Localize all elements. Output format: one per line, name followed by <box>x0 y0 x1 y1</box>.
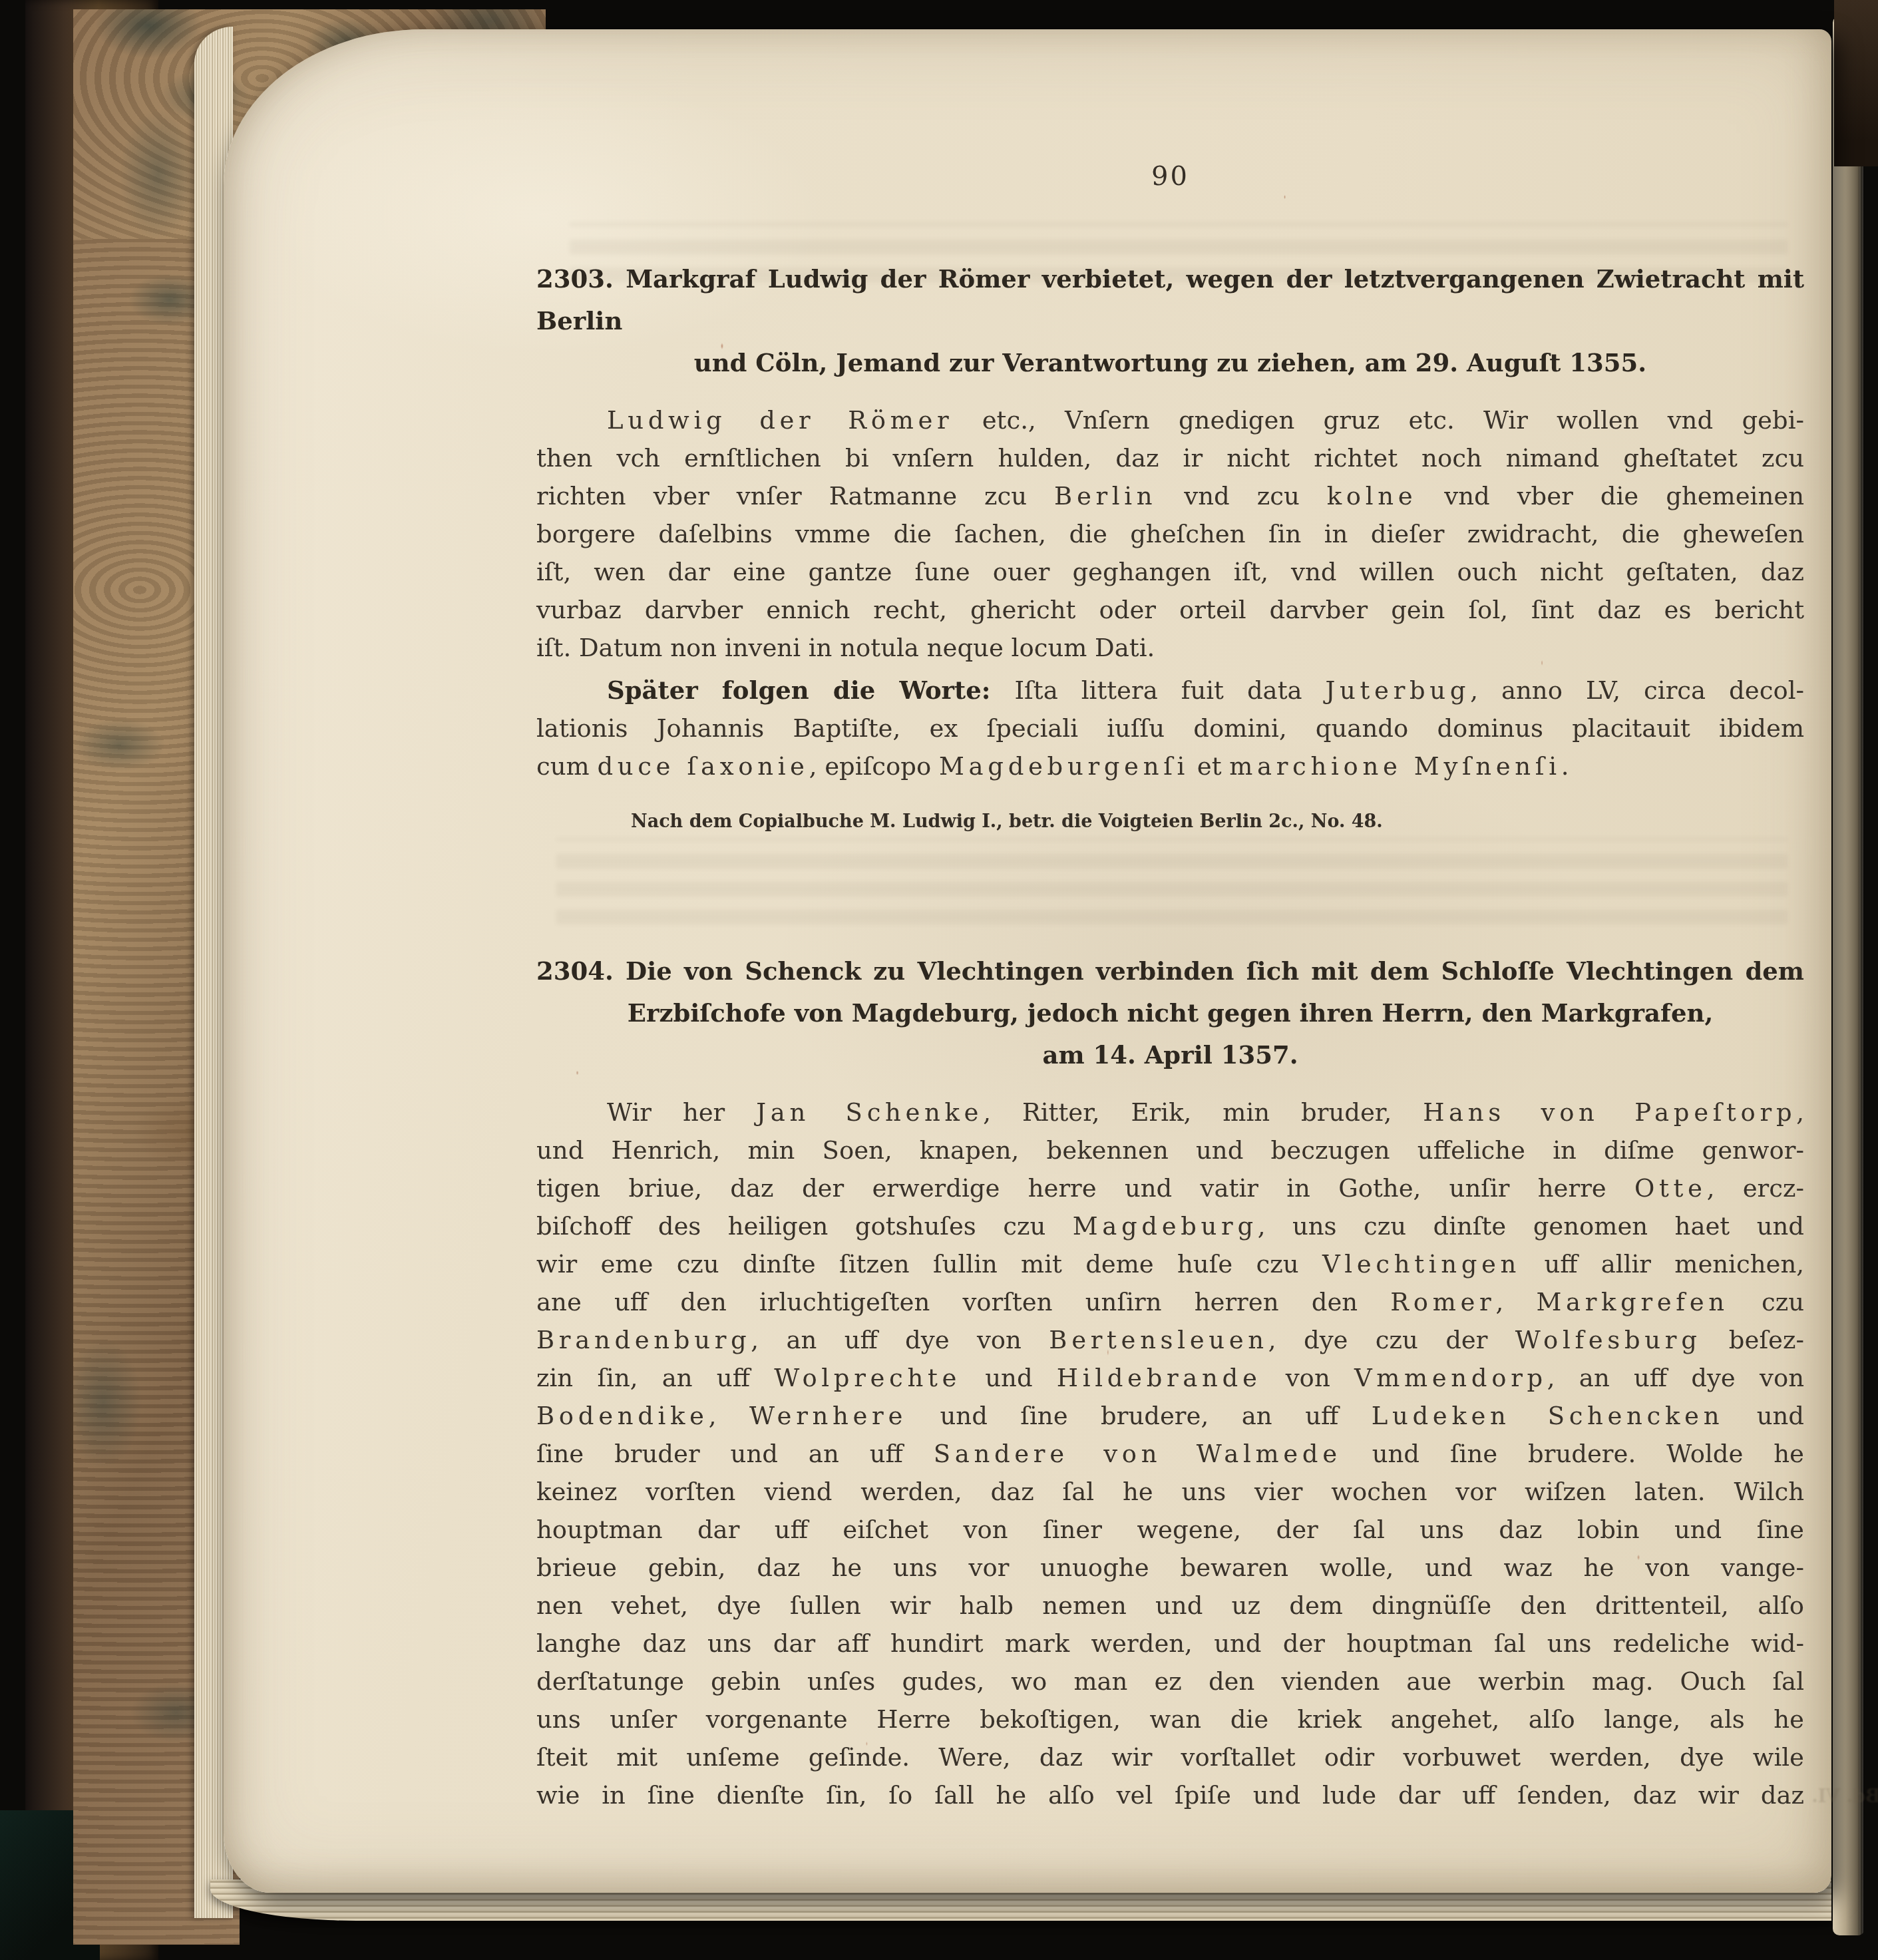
letterspaced-name: Romer <box>1390 1288 1495 1316</box>
entry-heading-line: und Cöln, Jemand zur Verantwortung zu zi… <box>536 342 1804 384</box>
letterspaced-name: Hans von Papeſtorp <box>1423 1098 1796 1127</box>
body-text-line: ſteit mit unſeme geſinde. Were, daz wir … <box>536 1738 1804 1776</box>
body-text-line: wir eme czu dinſte ſitzen ſullin mit dem… <box>536 1245 1804 1283</box>
letterspaced-name: Jan Schenke <box>756 1098 983 1127</box>
letterspaced-name: Juterbug <box>1326 676 1471 705</box>
entry-heading-line: am 14. April 1357. <box>536 1034 1804 1076</box>
letterspaced-name: Magdeburg <box>1073 1212 1258 1241</box>
body-text-line: Später folgen die Worte: Iſta littera fu… <box>536 672 1804 709</box>
body-text-line: ſine bruder und an uff Sandere von Walme… <box>536 1435 1804 1473</box>
page-number: 90 <box>536 161 1804 192</box>
body-text-line: cum duce ſaxonie, epiſcopo Magdeburgenſi… <box>536 747 1804 785</box>
book-cover-right-corner <box>1834 0 1878 166</box>
entry-heading-line: Erzbiſchofe von Magdeburg, jedoch nicht … <box>536 992 1804 1034</box>
body-text-line: borgere daſelbins vmme die ſachen, die g… <box>536 515 1804 553</box>
body-text-line: ane uff den irluchtigeſten vorſten unſir… <box>536 1283 1804 1321</box>
fraktur-lead: Später folgen die Worte: <box>607 676 1015 705</box>
letterspaced-name: Brandenburg <box>536 1326 751 1354</box>
body-text-line: Ludwig der Römer etc., Vnſern gnedigen g… <box>536 401 1804 439</box>
body-text-line: Bodendike, Wernhere und ſine brudere, an… <box>536 1397 1804 1435</box>
body-text-line: Brandenburg, an uff dye von Bertensleuen… <box>536 1321 1804 1359</box>
letterspaced-name: Hildebrande <box>1057 1364 1262 1392</box>
letterspaced-name: Vlechtingen <box>1322 1250 1521 1278</box>
text-column: 90 2303. Markgraf Ludwig der Römer verbi… <box>536 29 1804 1814</box>
body-text-line: uns unſer vorgenante Herre bekoſtigen, w… <box>536 1700 1804 1738</box>
body-text-line: houptman dar uff eiſchet von ſiner wegen… <box>536 1511 1804 1549</box>
letterspaced-name: Wernhere <box>749 1402 907 1430</box>
charter-entry-2303: 2303. Markgraf Ludwig der Römer verbiete… <box>536 258 1804 833</box>
body-text-line: derſtatunge gebin unſes gudes, wo man ez… <box>536 1663 1804 1700</box>
letterspaced-name: Wolprechte <box>774 1364 961 1392</box>
body-text-line: tigen briue, daz der erwerdige herre und… <box>536 1169 1804 1207</box>
letterspaced-name: Markgrefen <box>1536 1288 1728 1316</box>
body-text-line: iſt, wen dar eine gantze ſune ouer gegha… <box>536 553 1804 591</box>
source-note: Nach dem Copialbuche M. Ludwig I., betr.… <box>631 811 1804 833</box>
letterspaced-name: Otte <box>1634 1174 1707 1203</box>
letterspaced-name: Magdeburgenſi <box>939 752 1189 781</box>
body-text-line: Wir her Jan Schenke, Ritter, Erik, min b… <box>536 1093 1804 1131</box>
body-text-line: vurbaz darvber ennich recht, ghericht od… <box>536 591 1804 629</box>
paragraph: Ludwig der Römer etc., Vnſern gnedigen g… <box>536 401 1804 667</box>
body-text-line: und Henrich, min Soen, knapen, bekennen … <box>536 1131 1804 1169</box>
body-text-line: keinez vorſten viend werden, daz ſal he … <box>536 1473 1804 1511</box>
letterspaced-name: Wolfesburg <box>1515 1326 1702 1354</box>
entry-heading-line: 2304. Die von Schenck zu Vlechtingen ver… <box>536 950 1804 992</box>
letterspaced-name: Bodendike <box>536 1402 709 1430</box>
body-text-line: zin ſin, an uff Wolprechte und Hildebran… <box>536 1359 1804 1397</box>
body-text-line: wie in ſine dienſte ſin, ſo ſall he alſo… <box>536 1776 1804 1814</box>
letterspaced-name: duce ſaxonie <box>597 752 809 781</box>
facing-page-edge <box>1833 16 1865 1935</box>
body-text-line: nen vehet, dye ſullen wir halb nemen und… <box>536 1587 1804 1625</box>
entry-heading-line: 2303. Markgraf Ludwig der Römer verbiete… <box>536 258 1804 342</box>
letterspaced-name: Bertensleuen <box>1049 1326 1268 1354</box>
paragraph: Später folgen die Worte: Iſta littera fu… <box>536 672 1804 785</box>
letterspaced-name: Ludwig der Römer <box>607 406 953 435</box>
letterspaced-name: Sandere von Walmede <box>934 1440 1342 1468</box>
letterspaced-name: Ludeken Schencken <box>1372 1402 1724 1430</box>
body-text-line: biſchoff des heiligen gotshuſes czu Magd… <box>536 1207 1804 1245</box>
book-scan: { "page": { "number": "90" }, "colors": … <box>0 0 1878 1960</box>
entries: 2303. Markgraf Ludwig der Römer verbiete… <box>536 258 1804 1814</box>
body-text-line: lationis Johannis Baptiſte, ex ſpeciali … <box>536 709 1804 747</box>
letterspaced-name: Berlin <box>1054 482 1157 510</box>
letterspaced-name: Vmmendorp <box>1354 1364 1547 1392</box>
body-text-line: brieue gebin, daz he uns vor unuoghe bew… <box>536 1549 1804 1587</box>
body-text-line: then vch ernſtlichen bi vnſern hulden, d… <box>536 439 1804 477</box>
paragraph: Wir her Jan Schenke, Ritter, Erik, min b… <box>536 1093 1804 1814</box>
charter-entry-2304: 2304. Die von Schenck zu Vlechtingen ver… <box>536 950 1804 1814</box>
letterspaced-name: marchione Myſnenſi <box>1229 752 1561 781</box>
body-text-line: iſt. Datum non inveni in notula neque lo… <box>536 629 1804 667</box>
body-text-line: langhe daz uns dar aff hundirt mark werd… <box>536 1625 1804 1663</box>
body-text-line: richten vber vnſer Ratmanne zcu Berlin v… <box>536 477 1804 515</box>
letterspaced-name: kolne <box>1327 482 1417 510</box>
